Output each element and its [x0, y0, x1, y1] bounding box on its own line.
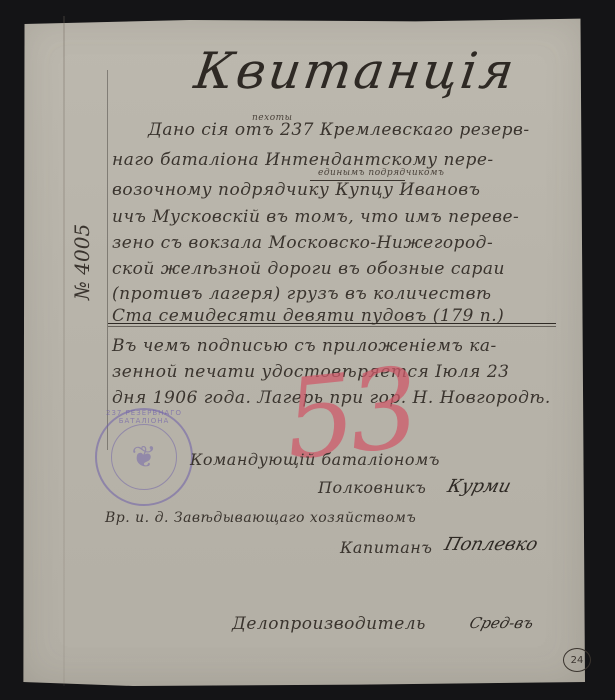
body-line-2: наго баталіона Интендантскому пере-: [112, 150, 494, 170]
commander-signature: Курми: [445, 476, 513, 497]
seal-text: 237 РЕЗЕРВНАГО БАТАЛІОНА: [97, 409, 191, 425]
amount-underline-double: [108, 326, 556, 327]
document-title: Квитанція: [191, 42, 520, 100]
interlinear-note-2: единымъ подрядчикомъ: [318, 168, 444, 178]
body-line-4: ичъ Мусковскій въ томъ, что имъ переве-: [112, 207, 519, 227]
clerk-signature: Сред-въ: [468, 614, 536, 632]
commander-rank: Полковникъ: [318, 478, 426, 497]
archive-page-number: 24: [563, 648, 591, 672]
body-line-7: (противъ лагеря) грузъ въ количествѣ: [112, 284, 491, 304]
amount-underline: [108, 323, 556, 324]
body-line-5: зено съ вокзала Московско-Нижегород-: [112, 233, 493, 253]
quartermaster-rank: Капитанъ: [340, 538, 432, 557]
double-headed-eagle-icon: ❦: [131, 440, 156, 475]
official-seal: 237 РЕЗЕРВНАГО БАТАЛІОНА ❦: [95, 408, 193, 506]
seal-inner-ring: ❦: [111, 424, 177, 490]
paper-fold-line: [63, 16, 65, 686]
quartermaster-signature: Поплевко: [442, 534, 540, 555]
body-line-1: Дано сія отъ 237 Кремлевскаго резерв-: [148, 120, 530, 140]
interlinear-note-1: пехоты: [252, 113, 292, 123]
body-line-3: возочному подрядчику Купцу Ивановъ: [112, 180, 480, 200]
quartermaster-role: Вр. и. д. Завѣдывающаго хозяйствомъ: [105, 510, 416, 526]
body-line-6: ской желѣзной дороги въ обозные сараи: [112, 259, 505, 279]
clerk-role: Делопроизводитель: [232, 614, 426, 634]
document-number: № 4005: [70, 224, 94, 300]
commander-role: Командующій баталіономъ: [190, 450, 440, 469]
margin-line: [107, 70, 108, 450]
body-line-9: Въ чемъ подписью съ приложеніемъ ка-: [112, 336, 497, 356]
